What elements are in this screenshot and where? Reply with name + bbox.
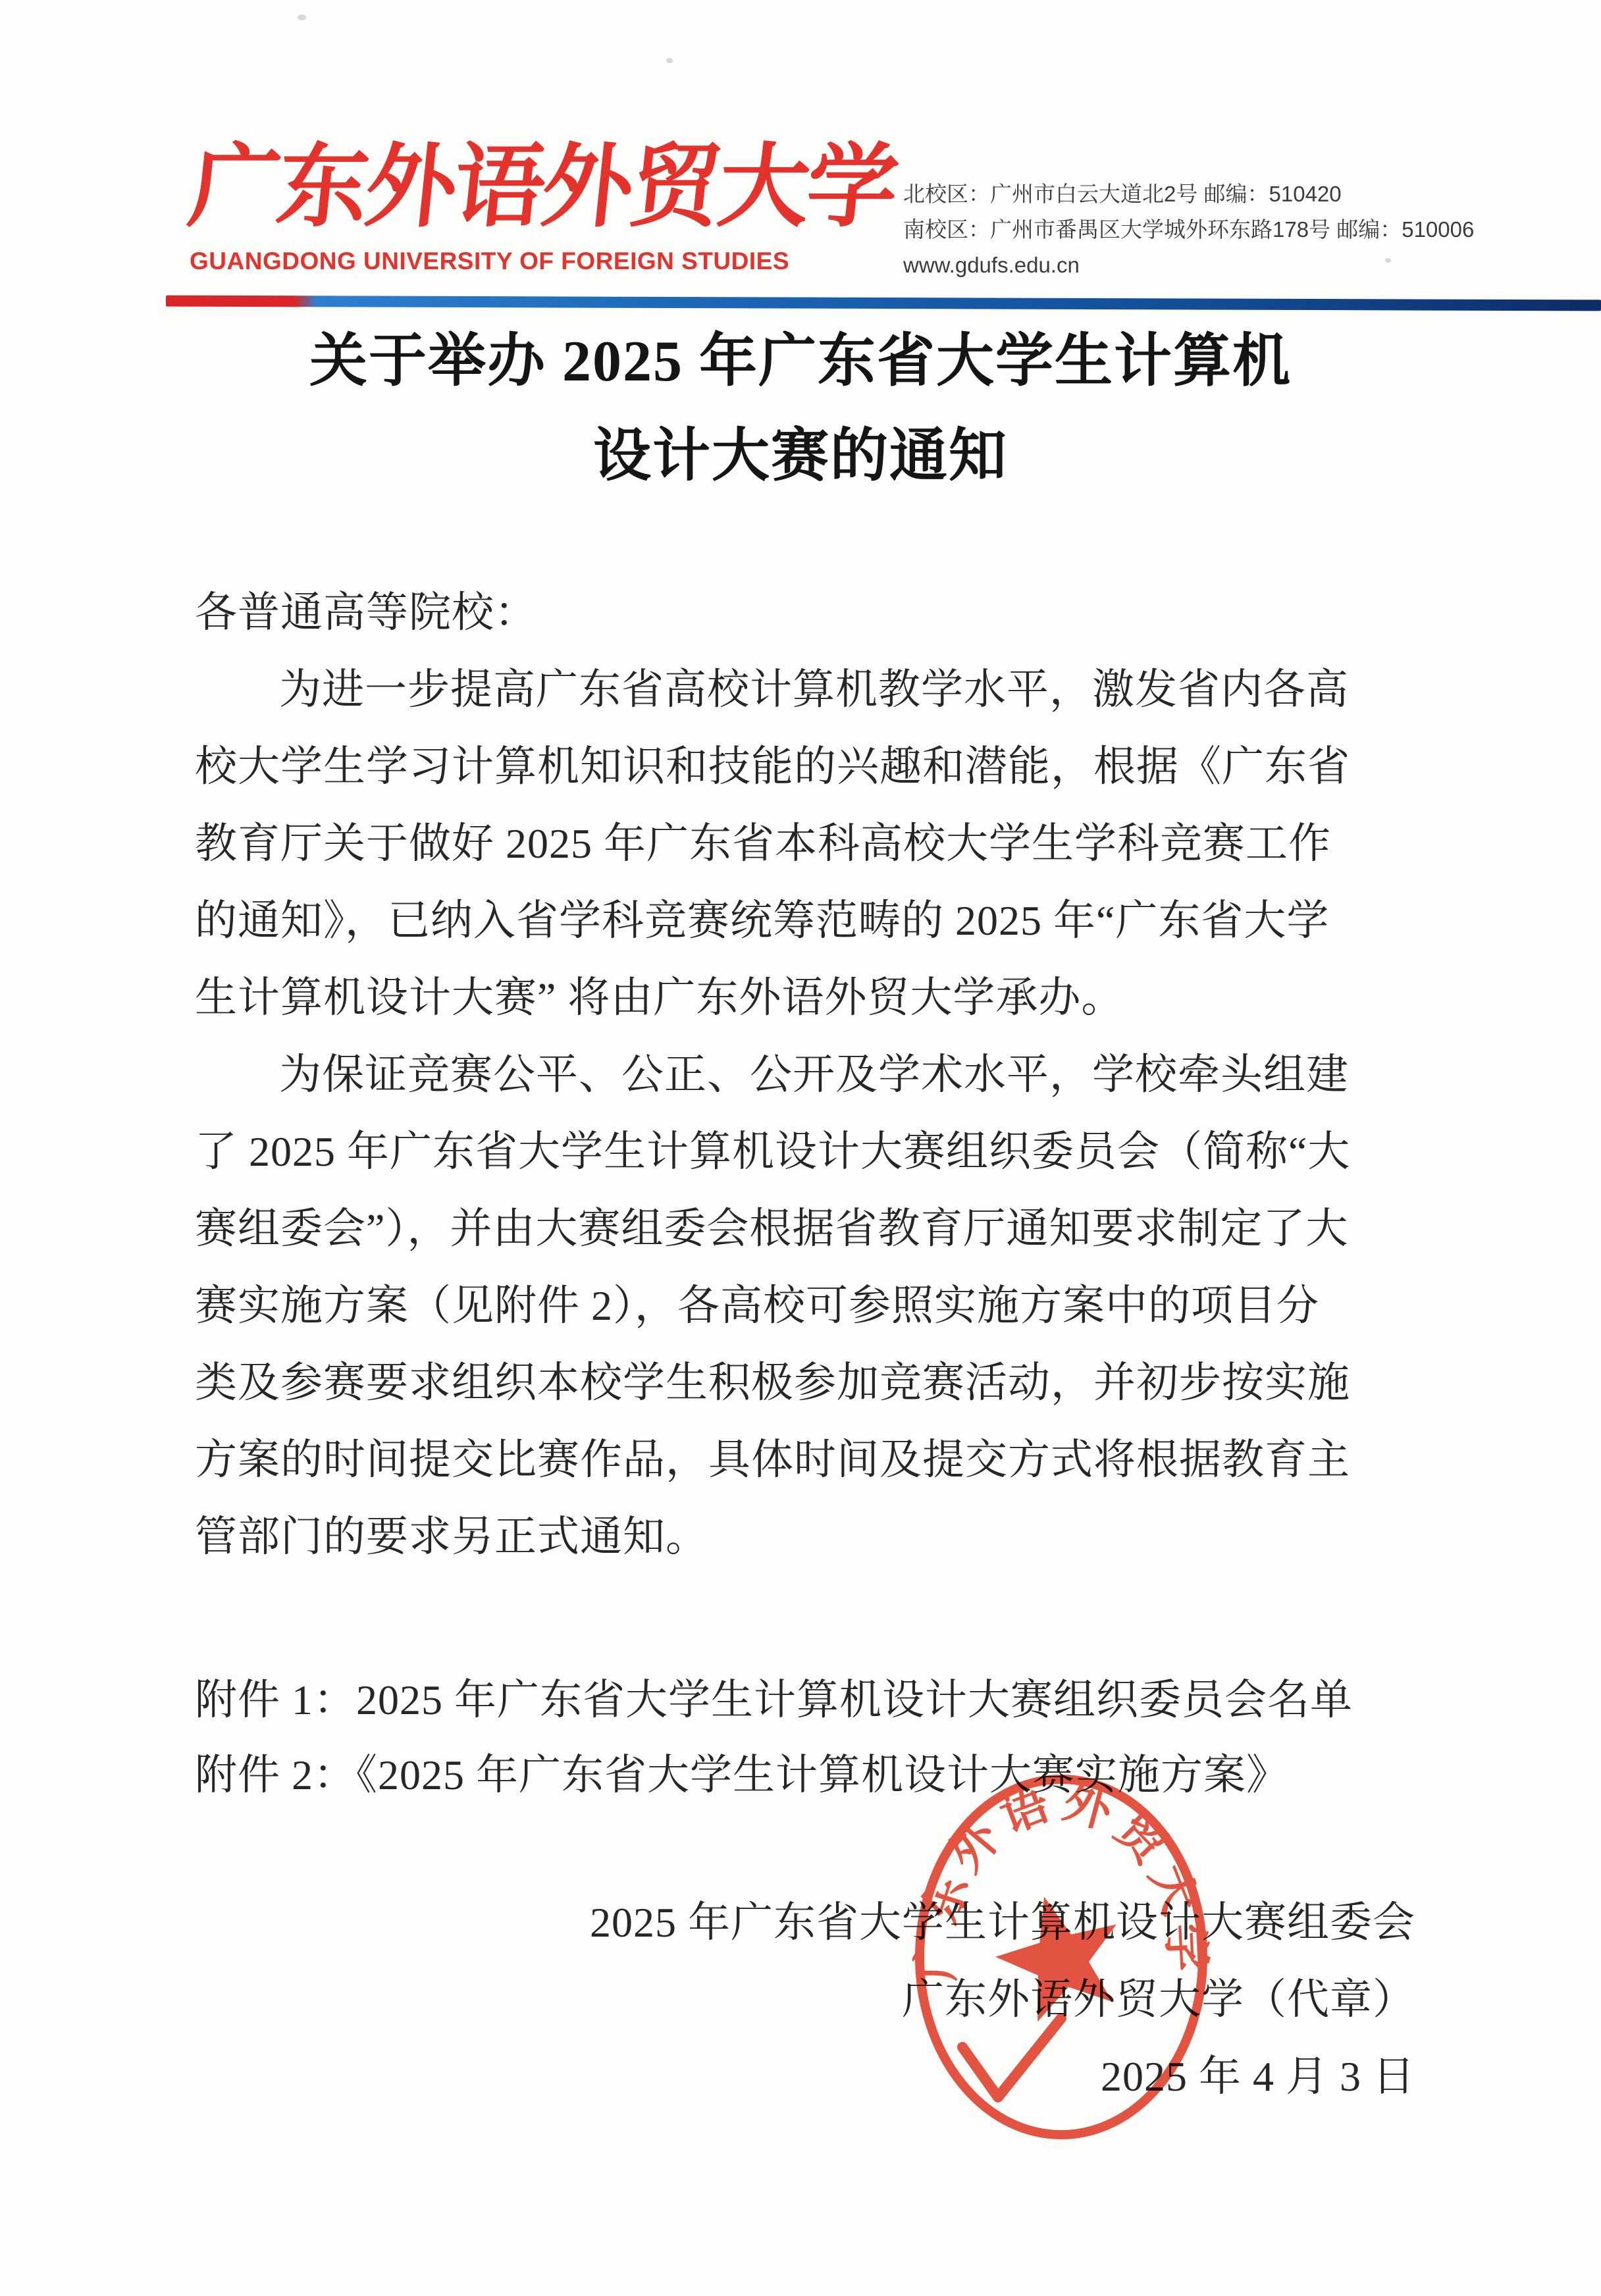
signature-block: 2025 年广东省大学生计算机设计大赛组委会 广东外语外贸大学（代章） 2025…	[590, 1884, 1415, 2115]
body-paragraph-lines: 为进一步提高广东省高校计算机教学水平，激发省内各高校大学生学习计算机知识和技能的…	[195, 651, 1411, 1575]
contact-website: www.gdufs.edu.cn	[903, 248, 1474, 283]
notice-body: 各普通高等院校： 为进一步提高广东省高校计算机教学水平，激发省内各高校大学生学习…	[195, 574, 1411, 1575]
body-line: 方案的时间提交比赛作品，具体时间及提交方式将根据教育主	[195, 1421, 1411, 1498]
contact-south-campus: 南校区：广州市番禺区大学城外环东路178号 邮编：510006	[903, 212, 1474, 248]
contact-north-campus: 北校区：广州市白云大道北2号 邮编：510420	[903, 176, 1474, 212]
notice-title-line2: 设计大赛的通知	[0, 409, 1601, 504]
body-line: 赛组委会”），并由大赛组委会根据省教育厅通知要求制定了大	[195, 1190, 1411, 1267]
body-line: 为进一步提高广东省高校计算机教学水平，激发省内各高	[195, 651, 1411, 728]
university-logo: 广东外语外贸大学 GUANGDONG UNIVERSITY OF FOREIGN…	[190, 137, 756, 275]
body-line: 校大学生学习计算机知识和技能的兴趣和潜能，根据《广东省	[195, 728, 1411, 805]
logo-english-name: GUANGDONG UNIVERSITY OF FOREIGN STUDIES	[190, 248, 756, 275]
notice-title: 关于举办 2025 年广东省大学生计算机 设计大赛的通知	[0, 315, 1601, 504]
body-line: 生计算机设计大赛” 将由广东外语外贸大学承办。	[195, 959, 1411, 1036]
body-line: 赛实施方案（见附件 2），各高校可参照实施方案中的项目分	[195, 1267, 1411, 1344]
body-line: 教育厅关于做好 2025 年广东省本科高校大学生学科竞赛工作	[195, 805, 1411, 882]
contact-block: 北校区：广州市白云大道北2号 邮编：510420 南校区：广州市番禺区大学城外环…	[903, 176, 1474, 283]
body-line: 了 2025 年广东省大学生计算机设计大赛组织委员会（简称“大	[195, 1113, 1411, 1190]
attachments-list: 附件 1：2025 年广东省大学生计算机设计大赛组织委员会名单附件 2：《202…	[195, 1663, 1446, 1813]
attachment-item: 附件 2：《2025 年广东省大学生计算机设计大赛实施方案》	[195, 1738, 1446, 1813]
scan-speck	[666, 58, 673, 63]
scan-speck	[1385, 258, 1391, 263]
document-page: 广东外语外贸大学 GUANGDONG UNIVERSITY OF FOREIGN…	[0, 0, 1601, 2296]
body-line: 类及参赛要求组织本校学生积极参加竞赛活动，并初步按实施	[195, 1344, 1411, 1421]
scan-speck	[298, 14, 306, 20]
body-line: 管部门的要求另正式通知。	[195, 1498, 1411, 1575]
body-line: 为保证竞赛公平、公正、公开及学术水平，学校牵头组建	[195, 1036, 1411, 1113]
body-line: 的通知》，已纳入省学科竞赛统筹范畴的 2025 年“广东省大学	[195, 882, 1411, 959]
signature-issuer: 广东外语外贸大学（代章）	[590, 1961, 1415, 2038]
notice-title-line1: 关于举办 2025 年广东省大学生计算机	[0, 315, 1601, 409]
salutation: 各普通高等院校：	[195, 574, 1411, 651]
signature-org: 2025 年广东省大学生计算机设计大赛组委会	[590, 1884, 1415, 1961]
attachment-item: 附件 1：2025 年广东省大学生计算机设计大赛组织委员会名单	[195, 1663, 1446, 1738]
header-divider-line	[166, 296, 1601, 311]
logo-chinese-calligraphy: 广东外语外贸大学	[184, 137, 761, 236]
signature-date: 2025 年 4 月 3 日	[590, 2038, 1415, 2115]
